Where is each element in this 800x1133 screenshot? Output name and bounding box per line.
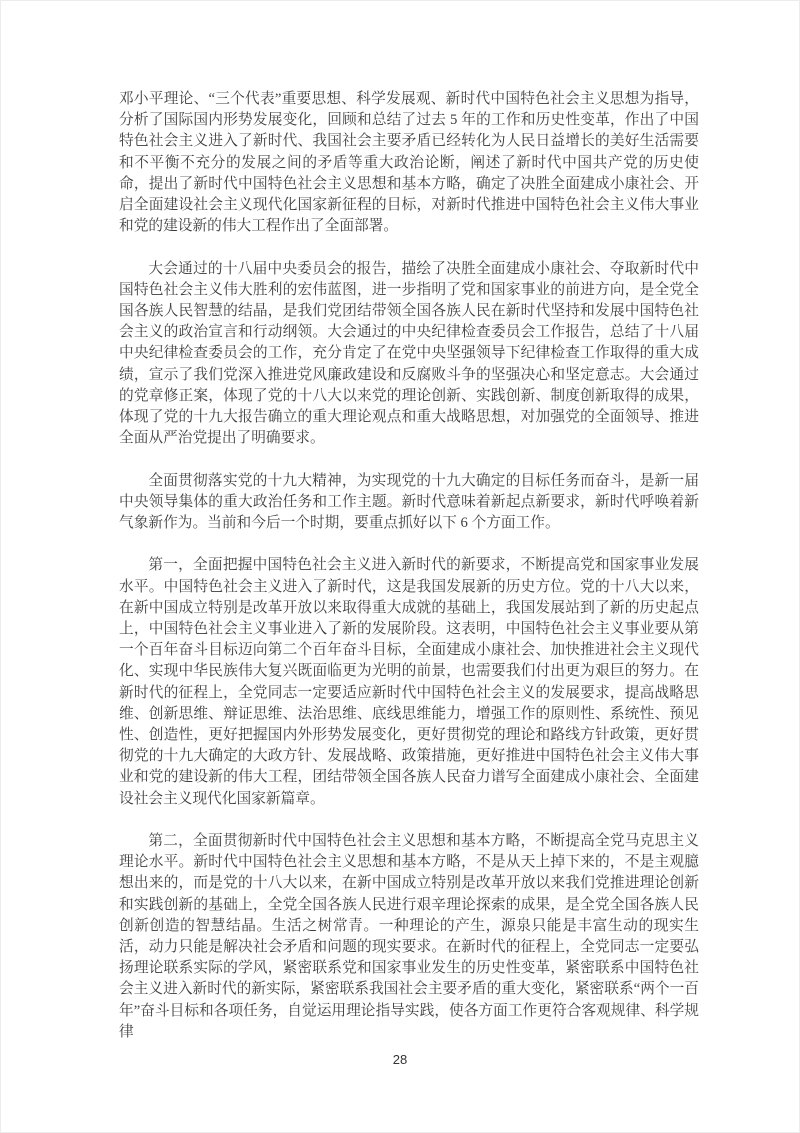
body-paragraph: 第二，全面贯彻新时代中国特色社会主义思想和基本方略，不断提高全党马克思主义理论水…	[119, 831, 699, 1043]
text-content: 邓小平理论、“三个代表”重要思想、科学发展观、新时代中国特色社会主义思想为指导，…	[119, 89, 699, 1064]
body-paragraph: 第一，全面把握中国特色社会主义进入新时代的新要求，不断提高党和国家事业发展水平。…	[119, 555, 699, 809]
page-number: 28	[393, 1052, 407, 1067]
body-paragraph: 全面贯彻落实党的十九大精神，为实现党的十九大确定的目标任务而奋斗，是新一届中央领…	[119, 471, 699, 535]
page-footer: 28	[1, 1051, 799, 1069]
body-paragraph: 大会通过的十八届中央委员会的报告，描绘了决胜全面建成小康社会、夺取新时代中国特色…	[119, 259, 699, 450]
document-page: 邓小平理论、“三个代表”重要思想、科学发展观、新时代中国特色社会主义思想为指导，…	[0, 0, 800, 1133]
body-paragraph: 邓小平理论、“三个代表”重要思想、科学发展观、新时代中国特色社会主义思想为指导，…	[119, 89, 699, 237]
